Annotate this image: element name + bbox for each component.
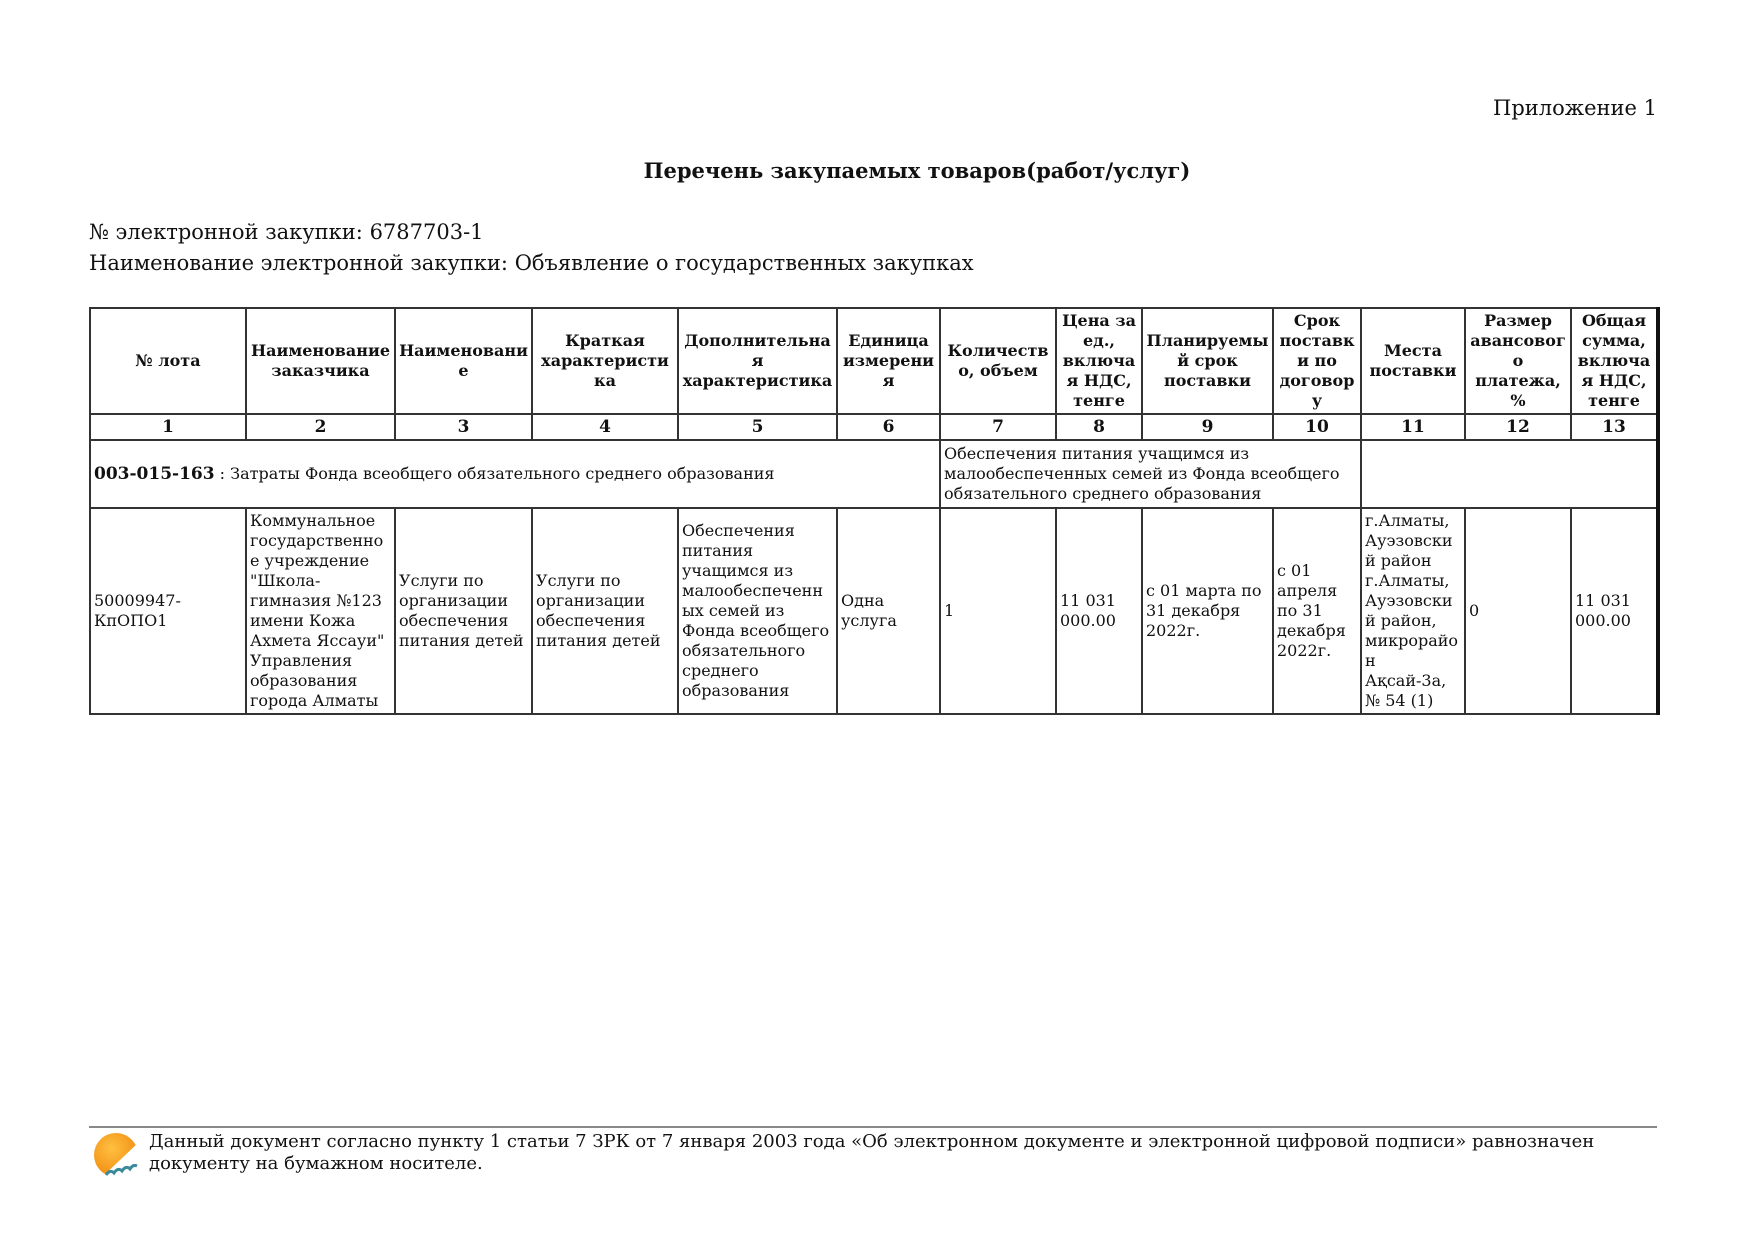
column-header: № лота <box>90 308 246 414</box>
column-number: 7 <box>940 414 1056 440</box>
column-number: 11 <box>1361 414 1465 440</box>
budget-group-cell: 003-015-163 : Затраты Фонда всеобщего об… <box>90 440 940 508</box>
column-header: Планируемый срок поставки <box>1142 308 1273 414</box>
column-header: Размер авансового платежа, % <box>1465 308 1571 414</box>
document-title: Перечень закупаемых товаров(работ/услуг) <box>0 158 1754 183</box>
footer-divider <box>89 1126 1657 1128</box>
column-header: Общая сумма, включая НДС, тенге <box>1571 308 1658 414</box>
procurement-number: 6787703-1 <box>370 220 484 244</box>
table-header-row: № лота Наименование заказчика Наименован… <box>90 308 1658 414</box>
column-number: 4 <box>532 414 678 440</box>
column-header: Срок поставки по договору <box>1273 308 1361 414</box>
appendix-label: Приложение 1 <box>1493 96 1657 120</box>
short-description: Услуги по организации обеспечения питани… <box>532 508 678 714</box>
delivery-place: г.Алматы, Ауэзовский район г.Алматы, Ауэ… <box>1361 508 1465 714</box>
lots-table: № лота Наименование заказчика Наименован… <box>89 307 1660 715</box>
column-number: 1 <box>90 414 246 440</box>
budget-separator: : <box>215 464 231 483</box>
table-row: 50009947-КпОПО1 Коммунальное государстве… <box>90 508 1658 714</box>
budget-extra <box>1361 440 1658 508</box>
procurement-name-label: Наименование электронной закупки: <box>89 251 508 275</box>
egov-seal-icon <box>92 1131 140 1179</box>
column-number: 12 <box>1465 414 1571 440</box>
column-number: 3 <box>395 414 532 440</box>
total-amount: 11 031 000.00 <box>1571 508 1658 714</box>
budget-name: Затраты Фонда всеобщего обязательного ср… <box>230 464 774 483</box>
column-number: 5 <box>678 414 837 440</box>
column-number: 8 <box>1056 414 1142 440</box>
item-name: Услуги по организации обеспечения питани… <box>395 508 532 714</box>
quantity: 1 <box>940 508 1056 714</box>
column-header: Единица измерения <box>837 308 940 414</box>
unit: Одна услуга <box>837 508 940 714</box>
column-header: Наименование <box>395 308 532 414</box>
budget-group-row: 003-015-163 : Затраты Фонда всеобщего об… <box>90 440 1658 508</box>
planned-delivery: с 01 марта по 31 декабря 2022г. <box>1142 508 1273 714</box>
advance-payment: 0 <box>1465 508 1571 714</box>
column-number: 6 <box>837 414 940 440</box>
procurement-number-label: № электронной закупки: <box>89 220 363 244</box>
customer-name: Коммунальное государственное учреждение … <box>246 508 395 714</box>
column-header: Наименование заказчика <box>246 308 395 414</box>
column-number: 9 <box>1142 414 1273 440</box>
legal-notice: Данный документ согласно пункту 1 статьи… <box>149 1131 1659 1175</box>
budget-description: Обеспечения питания учащимся из малообес… <box>940 440 1361 508</box>
column-number-row: 1 2 3 4 5 6 7 8 9 10 11 12 13 <box>90 414 1658 440</box>
column-header: Места поставки <box>1361 308 1465 414</box>
procurement-name: Объявление о государственных закупках <box>515 251 974 275</box>
contract-delivery: с 01 апреля по 31 декабря 2022г. <box>1273 508 1361 714</box>
column-header: Цена за ед., включая НДС, тенге <box>1056 308 1142 414</box>
unit-price: 11 031 000.00 <box>1056 508 1142 714</box>
budget-code: 003-015-163 <box>94 464 215 484</box>
column-number: 2 <box>246 414 395 440</box>
column-header: Краткая характеристика <box>532 308 678 414</box>
procurement-number-line: № электронной закупки: 6787703-1 <box>89 220 484 244</box>
additional-description: Обеспечения питания учащимся из малообес… <box>678 508 837 714</box>
lot-number: 50009947-КпОПО1 <box>90 508 246 714</box>
procurement-name-line: Наименование электронной закупки: Объявл… <box>89 251 974 275</box>
column-number: 13 <box>1571 414 1658 440</box>
column-number: 10 <box>1273 414 1361 440</box>
column-header: Дополнительная характеристика <box>678 308 837 414</box>
column-header: Количество, объем <box>940 308 1056 414</box>
